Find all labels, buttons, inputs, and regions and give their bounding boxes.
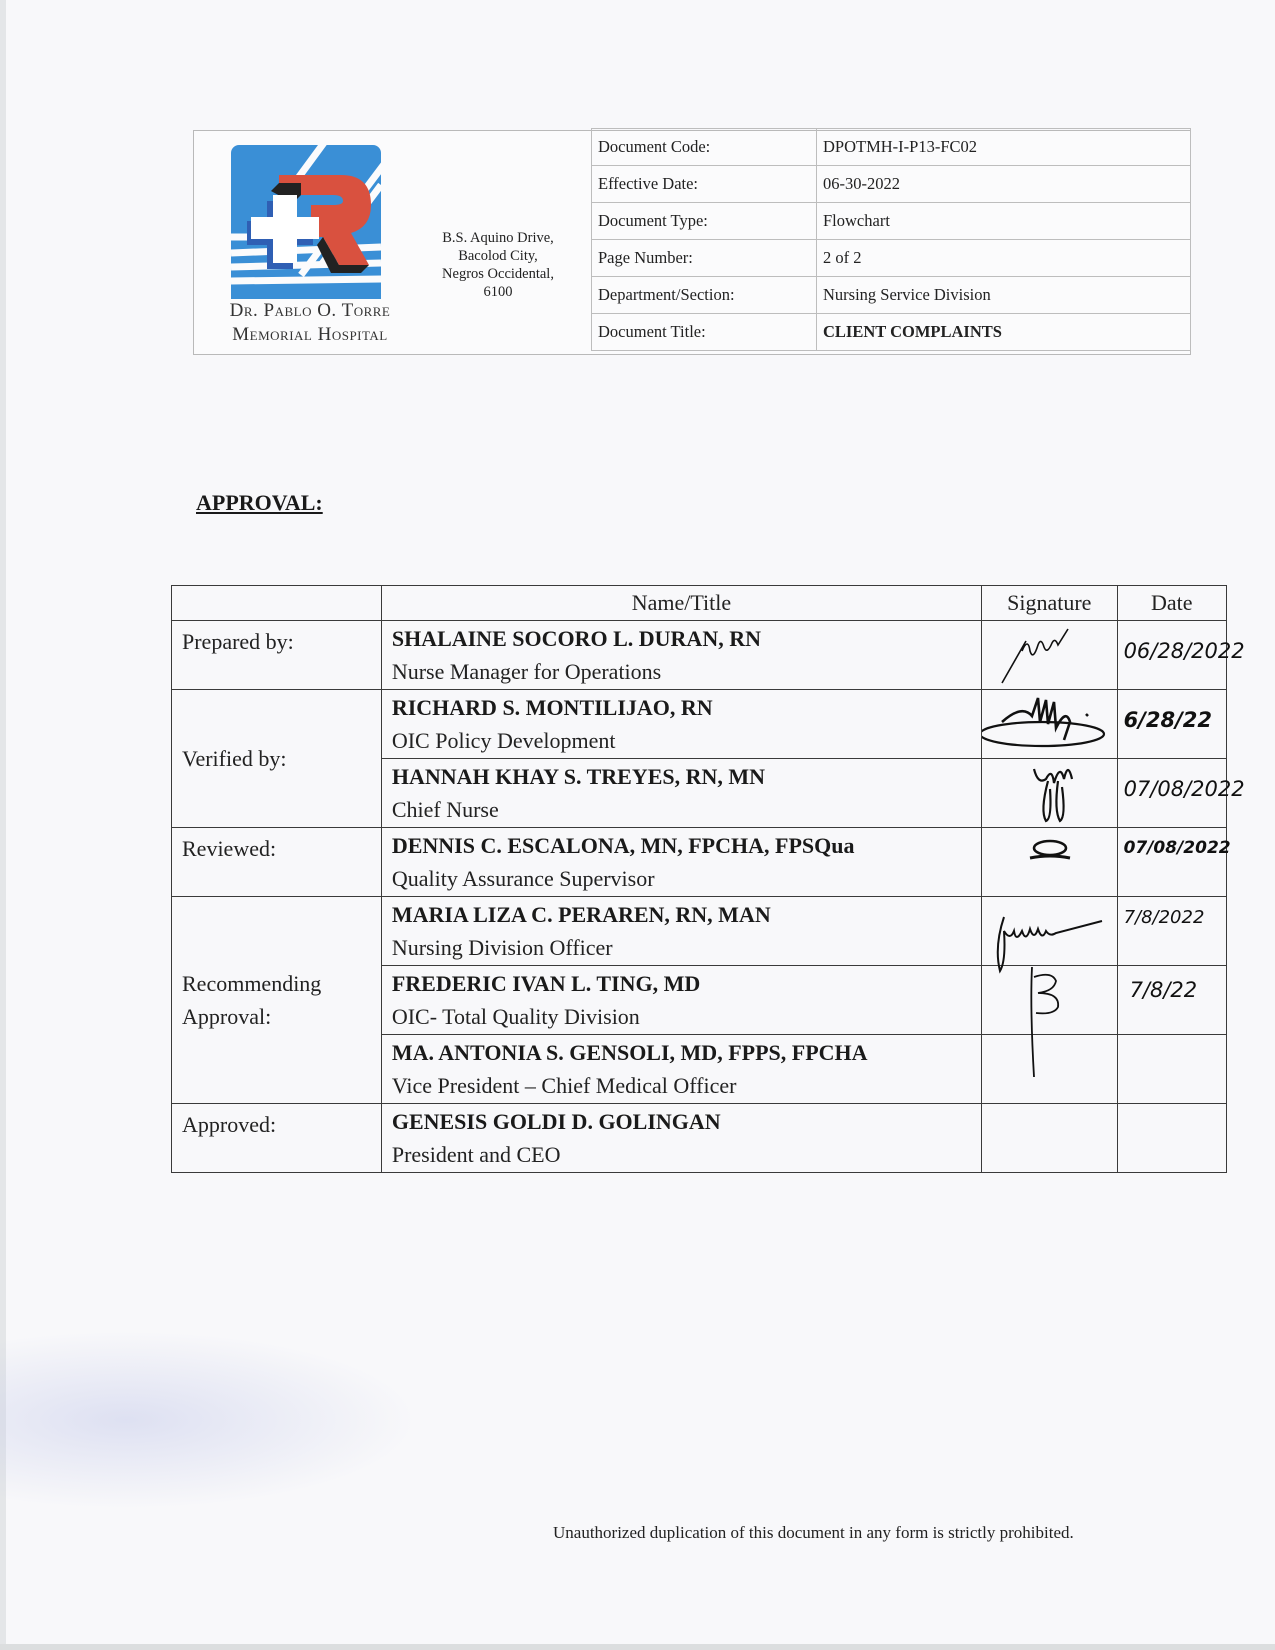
meta-row-page-number: Page Number: 2 of 2 [592, 240, 1191, 277]
address-line: B.S. Aquino Drive, [422, 229, 574, 247]
role-label: Reviewed: [172, 828, 382, 897]
approval-table: Name/Title Signature Date Prepared by: S… [171, 585, 1227, 1173]
person-title: Nurse Manager for Operations [392, 655, 981, 688]
meta-row-title: Document Title: CLIENT COMPLAINTS [592, 314, 1191, 351]
meta-row-type: Document Type: Flowchart [592, 203, 1191, 240]
document-title: CLIENT COMPLAINTS [817, 314, 1191, 351]
hospital-logo-icon [231, 145, 389, 300]
meta-value: 2 of 2 [817, 240, 1191, 277]
meta-row-code: Document Code: DPOTMH-I-P13-FC02 [592, 129, 1191, 166]
table-row: Approved: GENESIS GOLDI D. GOLINGAN Pres… [172, 1104, 1227, 1173]
person-cell: FREDERIC IVAN L. TING, MD OIC- Total Qua… [381, 966, 981, 1035]
meta-label: Effective Date: [592, 166, 817, 203]
hospital-address: B.S. Aquino Drive, Bacolod City, Negros … [422, 229, 574, 301]
approval-heading: APPROVAL: [196, 490, 323, 516]
signature-cell [982, 1035, 1118, 1104]
handwritten-signature-icon [982, 690, 1117, 758]
table-row: Prepared by: SHALAINE SOCORO L. DURAN, R… [172, 621, 1227, 690]
meta-row-effective-date: Effective Date: 06-30-2022 [592, 166, 1191, 203]
person-name: RICHARD S. MONTILIJAO, RN [392, 691, 981, 724]
person-name: MARIA LIZA C. PERAREN, RN, MAN [392, 898, 981, 931]
role-label: Prepared by: [172, 621, 382, 690]
column-header-date: Date [1117, 586, 1226, 621]
role-label-text: Recommending Approval: [182, 967, 362, 1033]
footer-notice: Unauthorized duplication of this documen… [553, 1523, 1074, 1543]
date-cell [1117, 1104, 1226, 1173]
signature-cell [982, 621, 1118, 690]
role-label: Verified by: [172, 690, 382, 828]
handwritten-date: 6/28/22 [1124, 708, 1212, 732]
person-title: Nursing Division Officer [392, 931, 981, 964]
signature-cell [982, 966, 1118, 1035]
column-header-signature: Signature [982, 586, 1118, 621]
person-title: OIC- Total Quality Division [392, 1000, 981, 1033]
logo-cell: Dr. Pablo O. Torre Memorial Hospital B.S… [194, 131, 594, 354]
meta-value: Flowchart [817, 203, 1191, 240]
approval-header-row: Name/Title Signature Date [172, 586, 1227, 621]
column-header-name: Name/Title [381, 586, 981, 621]
date-cell: 7/8/2022 [1117, 897, 1226, 966]
meta-row-department: Department/Section: Nursing Service Divi… [592, 277, 1191, 314]
handwritten-date: 07/08/2022 [1124, 777, 1245, 801]
hospital-name-line1: Dr. Pablo O. Torre [194, 299, 426, 323]
person-name: GENESIS GOLDI D. GOLINGAN [392, 1105, 981, 1138]
hospital-name-line2: Memorial Hospital [194, 323, 426, 347]
address-line: Bacolod City, [422, 247, 574, 265]
person-cell: MARIA LIZA C. PERAREN, RN, MAN Nursing D… [381, 897, 981, 966]
meta-label: Document Title: [592, 314, 817, 351]
signature-cell [982, 828, 1118, 897]
person-title: Quality Assurance Supervisor [392, 862, 981, 895]
person-cell: GENESIS GOLDI D. GOLINGAN President and … [381, 1104, 981, 1173]
person-name: FREDERIC IVAN L. TING, MD [392, 967, 981, 1000]
meta-label: Department/Section: [592, 277, 817, 314]
table-row: Recommending Approval: MARIA LIZA C. PER… [172, 897, 1227, 966]
date-cell: 07/08/2022 [1117, 828, 1226, 897]
document-meta-table: Document Code: DPOTMH-I-P13-FC02 Effecti… [591, 128, 1191, 351]
person-name: DENNIS C. ESCALONA, MN, FPCHA, FPSQua [392, 829, 981, 862]
date-cell: 6/28/22 [1117, 690, 1226, 759]
handwritten-signature-icon [982, 759, 1117, 827]
handwritten-date: 7/8/22 [1130, 978, 1198, 1002]
signature-cell [982, 897, 1118, 966]
person-title: Chief Nurse [392, 793, 981, 826]
person-name: MA. ANTONIA S. GENSOLI, MD, FPPS, FPCHA [392, 1036, 981, 1069]
person-name: SHALAINE SOCORO L. DURAN, RN [392, 622, 981, 655]
handwritten-date: 07/08/2022 [1124, 838, 1231, 858]
date-cell: 7/8/22 [1117, 966, 1226, 1035]
person-title: Vice President – Chief Medical Officer [392, 1069, 981, 1102]
person-cell: HANNAH KHAY S. TREYES, RN, MN Chief Nurs… [381, 759, 981, 828]
scan-shadow [0, 1330, 420, 1510]
person-title: OIC Policy Development [392, 724, 981, 757]
handwritten-date: 7/8/2022 [1124, 907, 1205, 928]
table-row: Reviewed: DENNIS C. ESCALONA, MN, FPCHA,… [172, 828, 1227, 897]
handwritten-signature-icon [982, 621, 1117, 689]
handwritten-signature-icon [982, 828, 1117, 896]
person-cell: RICHARD S. MONTILIJAO, RN OIC Policy Dev… [381, 690, 981, 759]
person-cell: DENNIS C. ESCALONA, MN, FPCHA, FPSQua Qu… [381, 828, 981, 897]
meta-value: Nursing Service Division [817, 277, 1191, 314]
meta-value: 06-30-2022 [817, 166, 1191, 203]
meta-label: Document Type: [592, 203, 817, 240]
signature-cell [982, 759, 1118, 828]
hospital-name: Dr. Pablo O. Torre Memorial Hospital [194, 299, 426, 347]
person-title: President and CEO [392, 1138, 981, 1171]
document-header: Dr. Pablo O. Torre Memorial Hospital B.S… [193, 130, 1191, 355]
meta-value: DPOTMH-I-P13-FC02 [817, 129, 1191, 166]
meta-label: Page Number: [592, 240, 817, 277]
signature-cell [982, 690, 1118, 759]
meta-label: Document Code: [592, 129, 817, 166]
scan-bottom-edge [0, 1644, 1275, 1650]
table-row: Verified by: RICHARD S. MONTILIJAO, RN O… [172, 690, 1227, 759]
role-label: Recommending Approval: [172, 897, 382, 1104]
person-cell: MA. ANTONIA S. GENSOLI, MD, FPPS, FPCHA … [381, 1035, 981, 1104]
signature-cell [982, 1104, 1118, 1173]
address-line: Negros Occidental, [422, 265, 574, 283]
handwritten-date: 06/28/2022 [1124, 639, 1245, 663]
person-cell: SHALAINE SOCORO L. DURAN, RN Nurse Manag… [381, 621, 981, 690]
date-cell: 07/08/2022 [1117, 759, 1226, 828]
person-name: HANNAH KHAY S. TREYES, RN, MN [392, 760, 981, 793]
address-line: 6100 [422, 283, 574, 301]
date-cell [1117, 1035, 1226, 1104]
role-label: Approved: [172, 1104, 382, 1173]
column-header-role [172, 586, 382, 621]
date-cell: 06/28/2022 [1117, 621, 1226, 690]
